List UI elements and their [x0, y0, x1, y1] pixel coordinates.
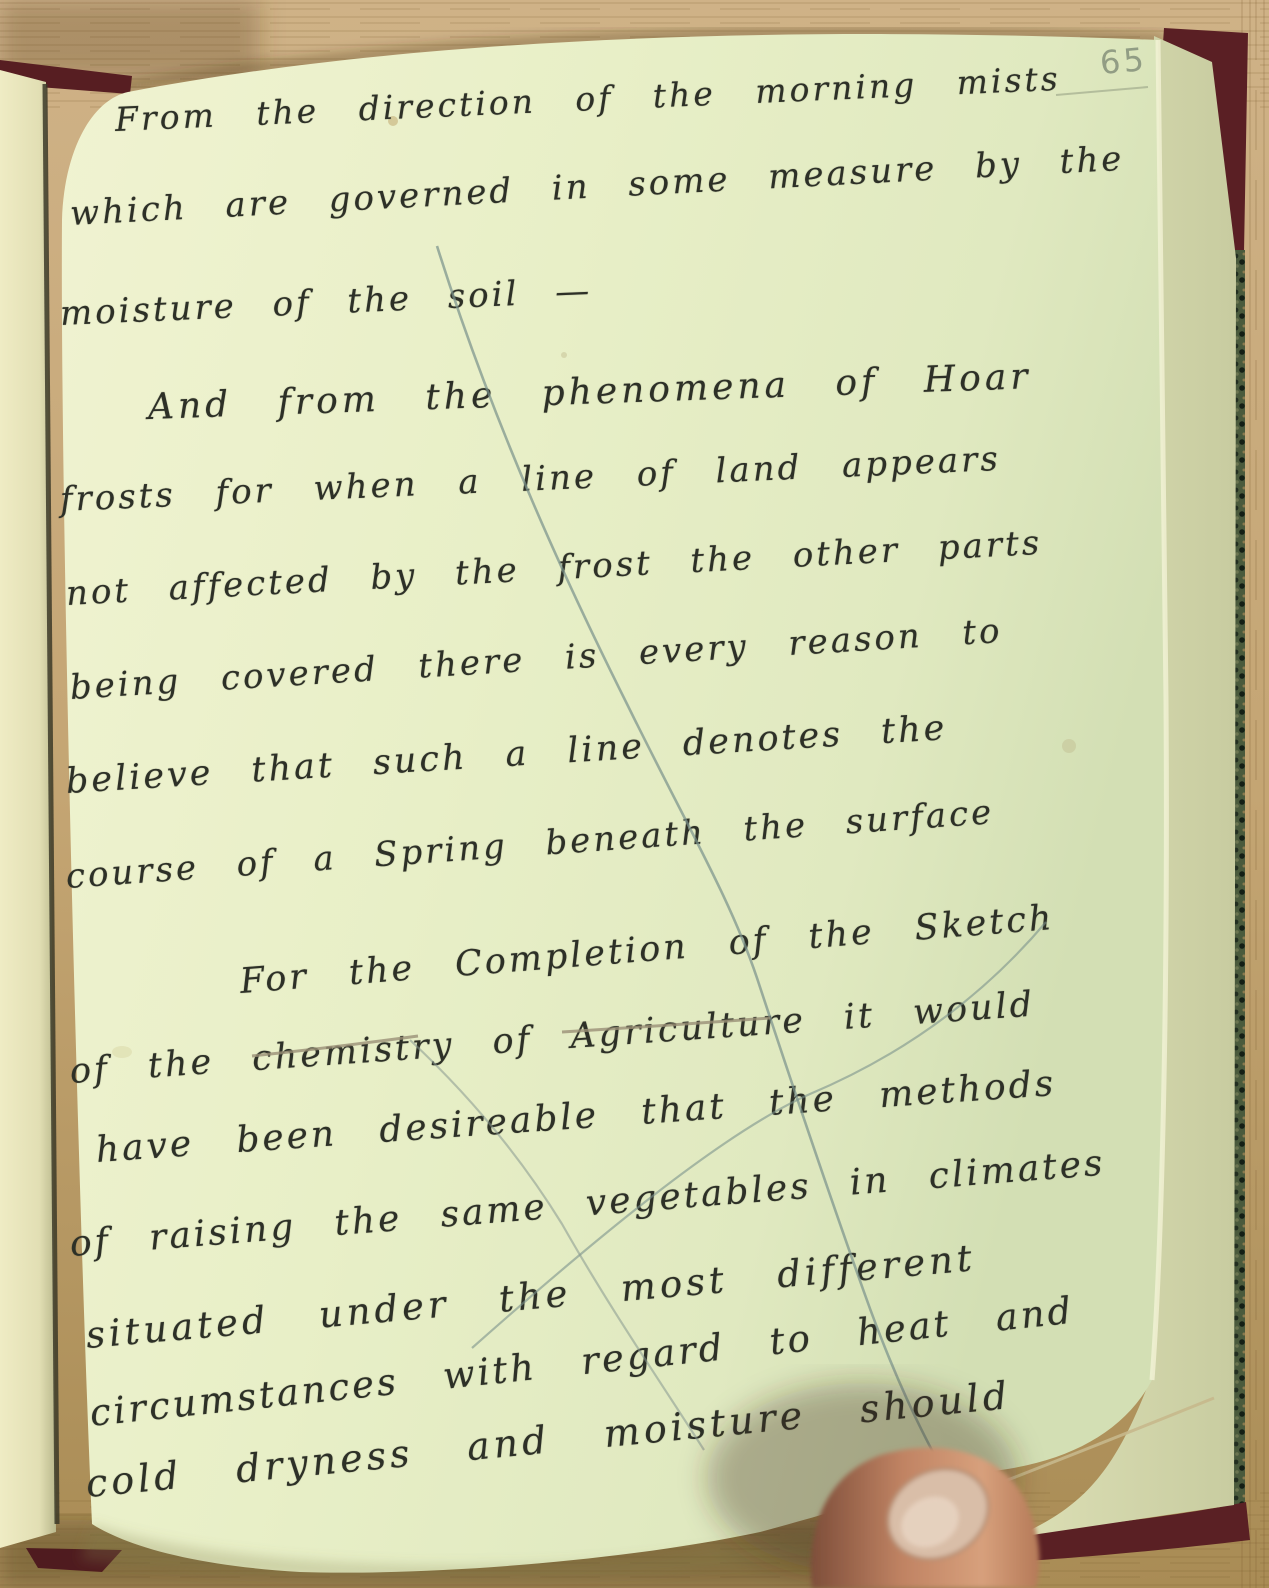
- heading-rest-text: of the Sketch: [687, 898, 1056, 967]
- manuscript-line: From the direction of the morning mists: [114, 59, 1061, 139]
- manuscript-line: course of a Spring beneath the surface: [65, 792, 996, 897]
- manuscript-line: moisture of the soil —: [59, 271, 593, 334]
- manuscript-line: frosts for when a line of land appears: [59, 439, 1001, 520]
- manuscript-heading: For the Completion of the Sketch: [238, 898, 1055, 1002]
- manuscript-line: not affected by the frost the other part…: [65, 523, 1043, 614]
- manuscript-photo: 65 From the direction of the morning mis…: [0, 0, 1269, 1588]
- page-number: 65: [1098, 40, 1148, 82]
- manuscript-line: believe that such a line denotes the: [65, 708, 949, 802]
- heading-underlined-text: For the Completion: [238, 927, 690, 1002]
- page-content: 65 From the direction of the morning mis…: [0, 0, 1269, 1588]
- manuscript-line: being covered there is every reason to: [69, 611, 1004, 708]
- manuscript-line: And from the phenomena of Hoar: [147, 356, 1032, 428]
- manuscript-line: which are governed in some measure by th…: [69, 139, 1125, 234]
